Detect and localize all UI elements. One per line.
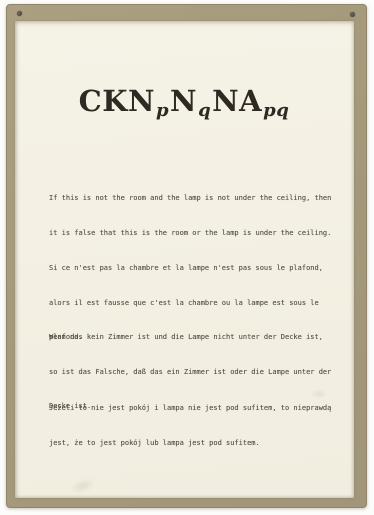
- title-segment: NA: [212, 84, 262, 118]
- paragraph-polish: Jeżeli to nie jest pokój i lampa nie jes…: [49, 380, 345, 472]
- pin-icon-top-left: [17, 11, 22, 16]
- mount-board: CKNpNqNApq If this is not the room and t…: [6, 4, 367, 508]
- title-subscript: q: [198, 100, 211, 121]
- text-line: it is false that this is the room or the…: [49, 228, 345, 240]
- text-line: Jeżeli to nie jest pokój i lampa nie jes…: [49, 403, 345, 415]
- formula-title: CKNpNqNApq: [15, 87, 354, 116]
- title-segment: CKN: [79, 84, 155, 118]
- text-line: alors il est fausse que c'est la chambre…: [49, 298, 345, 310]
- pin-icon-top-right: [350, 12, 355, 17]
- text-line: If this is not the room and the lamp is …: [49, 193, 345, 205]
- title-subscript: pq: [263, 100, 289, 121]
- text-line: so ist das Falsche, daß das ein Zimmer i…: [49, 367, 345, 379]
- text-line: Si ce n'est pas la chambre et la lampe n…: [49, 263, 345, 275]
- text-line: Wenn das kein Zimmer ist und die Lampe n…: [49, 332, 345, 344]
- title-segment: N: [170, 84, 197, 118]
- paper-stain: [68, 475, 97, 497]
- title-subscript: p: [156, 100, 169, 121]
- paper-sheet: CKNpNqNApq If this is not the room and t…: [15, 21, 354, 498]
- photo-background: CKNpNqNApq If this is not the room and t…: [0, 0, 374, 515]
- text-line: jest, że to jest pokój lub lampa jest po…: [49, 438, 345, 450]
